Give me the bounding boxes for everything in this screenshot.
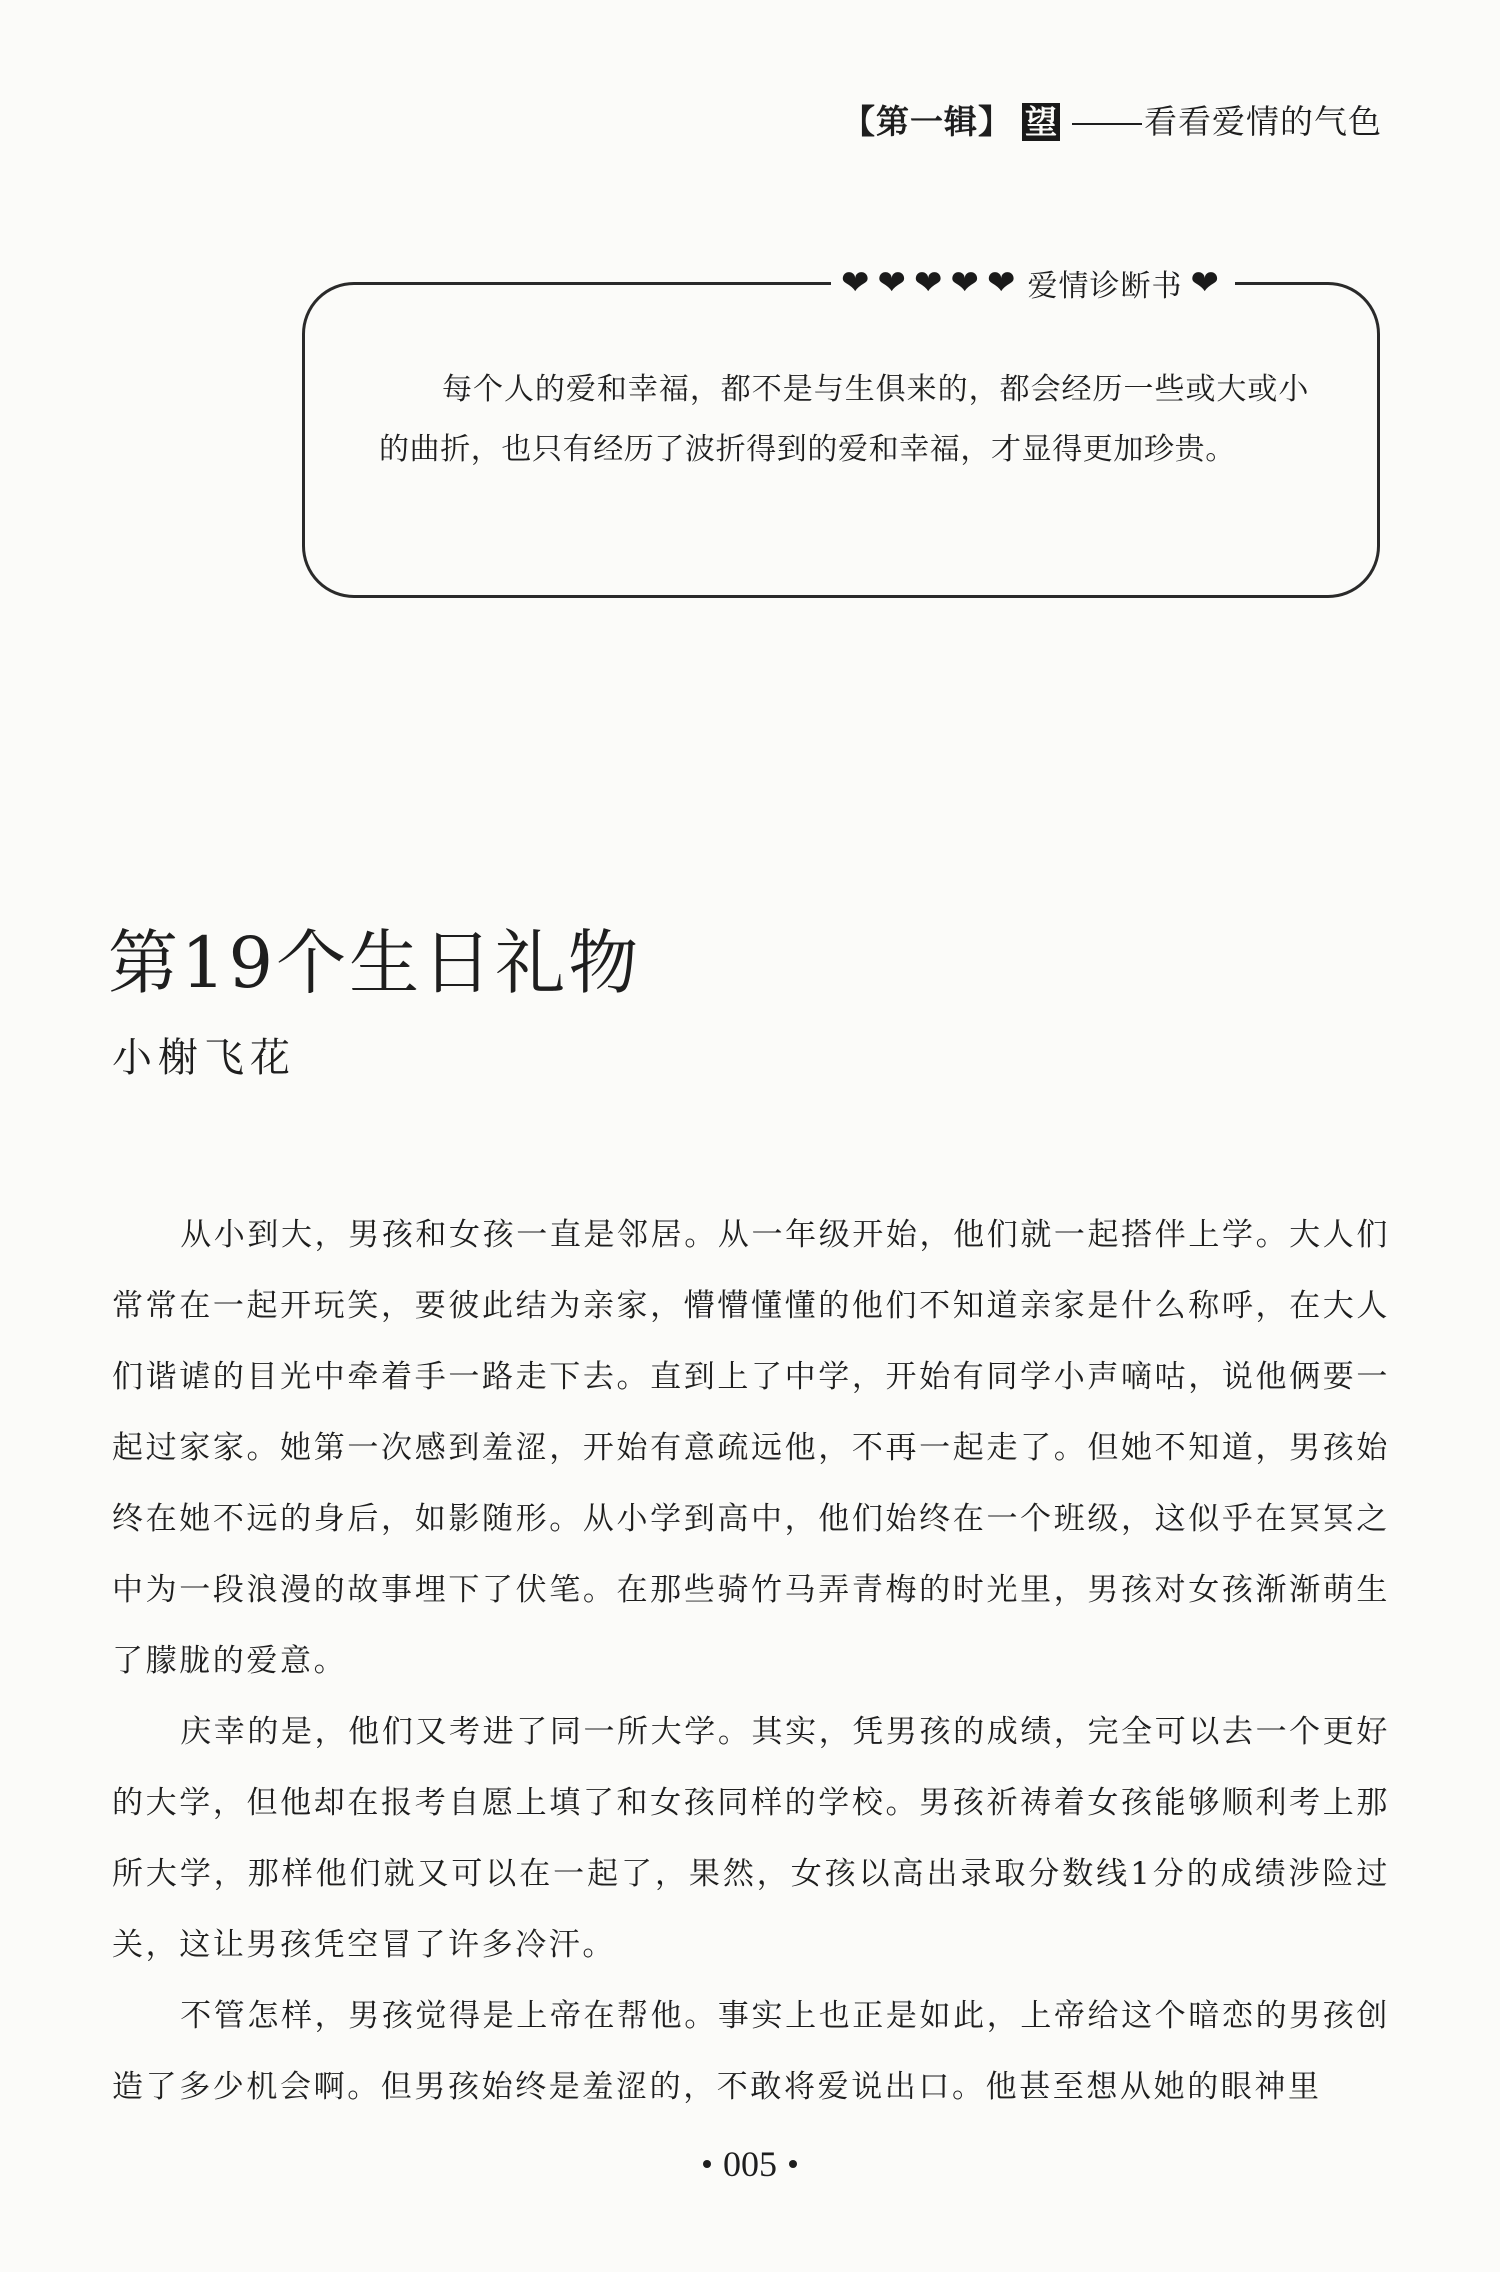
article-author: 小榭飞花 [112,1030,296,1086]
section-badge: 望 [1022,103,1060,141]
body-paragraph: 不管怎样，男孩觉得是上帝在帮他。事实上也正是如此，上帝给这个暗恋的男孩创造了多少… [112,1981,1390,2123]
em-dash-divider [1072,123,1142,125]
diagnosis-text: 每个人的爱和幸福，都不是与生俱来的，都会经历一些或大或小的曲折，也只有经历了波折… [379,360,1309,480]
heart-icon: ❤ [841,266,870,300]
article-body: 从小到大，男孩和女孩一直是邻居。从一年级开始，他们就一起搭伴上学。大人们常常在一… [112,1200,1390,2123]
bullet-dot-icon [789,2160,797,2168]
diagnosis-title: 爱情诊断书 [1028,261,1183,305]
running-header: 【第一辑】 望 看看爱情的气色 [842,100,1382,144]
article-title: 第19个生日礼物 [108,918,641,1008]
body-paragraph: 从小到大，男孩和女孩一直是邻居。从一年级开始，他们就一起搭伴上学。大人们常常在一… [112,1200,1390,1697]
love-diagnosis-box: ❤ ❤ ❤ ❤ ❤ 爱情诊断书 ❤ 每个人的爱和幸福，都不是与生俱来的，都会经历… [302,282,1380,598]
heart-icon: ❤ [951,266,980,300]
section-label: 【第一辑】 [842,100,1012,144]
page-number-value: 005 [723,2144,777,2184]
diagnosis-box-title: ❤ ❤ ❤ ❤ ❤ 爱情诊断书 ❤ [831,259,1235,307]
heart-icon: ❤ [914,266,943,300]
section-subtitle: 看看爱情的气色 [1144,100,1382,144]
body-paragraph: 庆幸的是，他们又考进了同一所大学。其实，凭男孩的成绩，完全可以去一个更好的大学，… [112,1697,1390,1981]
bullet-dot-icon [703,2160,711,2168]
heart-icon: ❤ [1191,266,1220,300]
page-number: 005 [0,2142,1500,2186]
heart-icon: ❤ [987,266,1016,300]
heart-icon: ❤ [878,266,907,300]
